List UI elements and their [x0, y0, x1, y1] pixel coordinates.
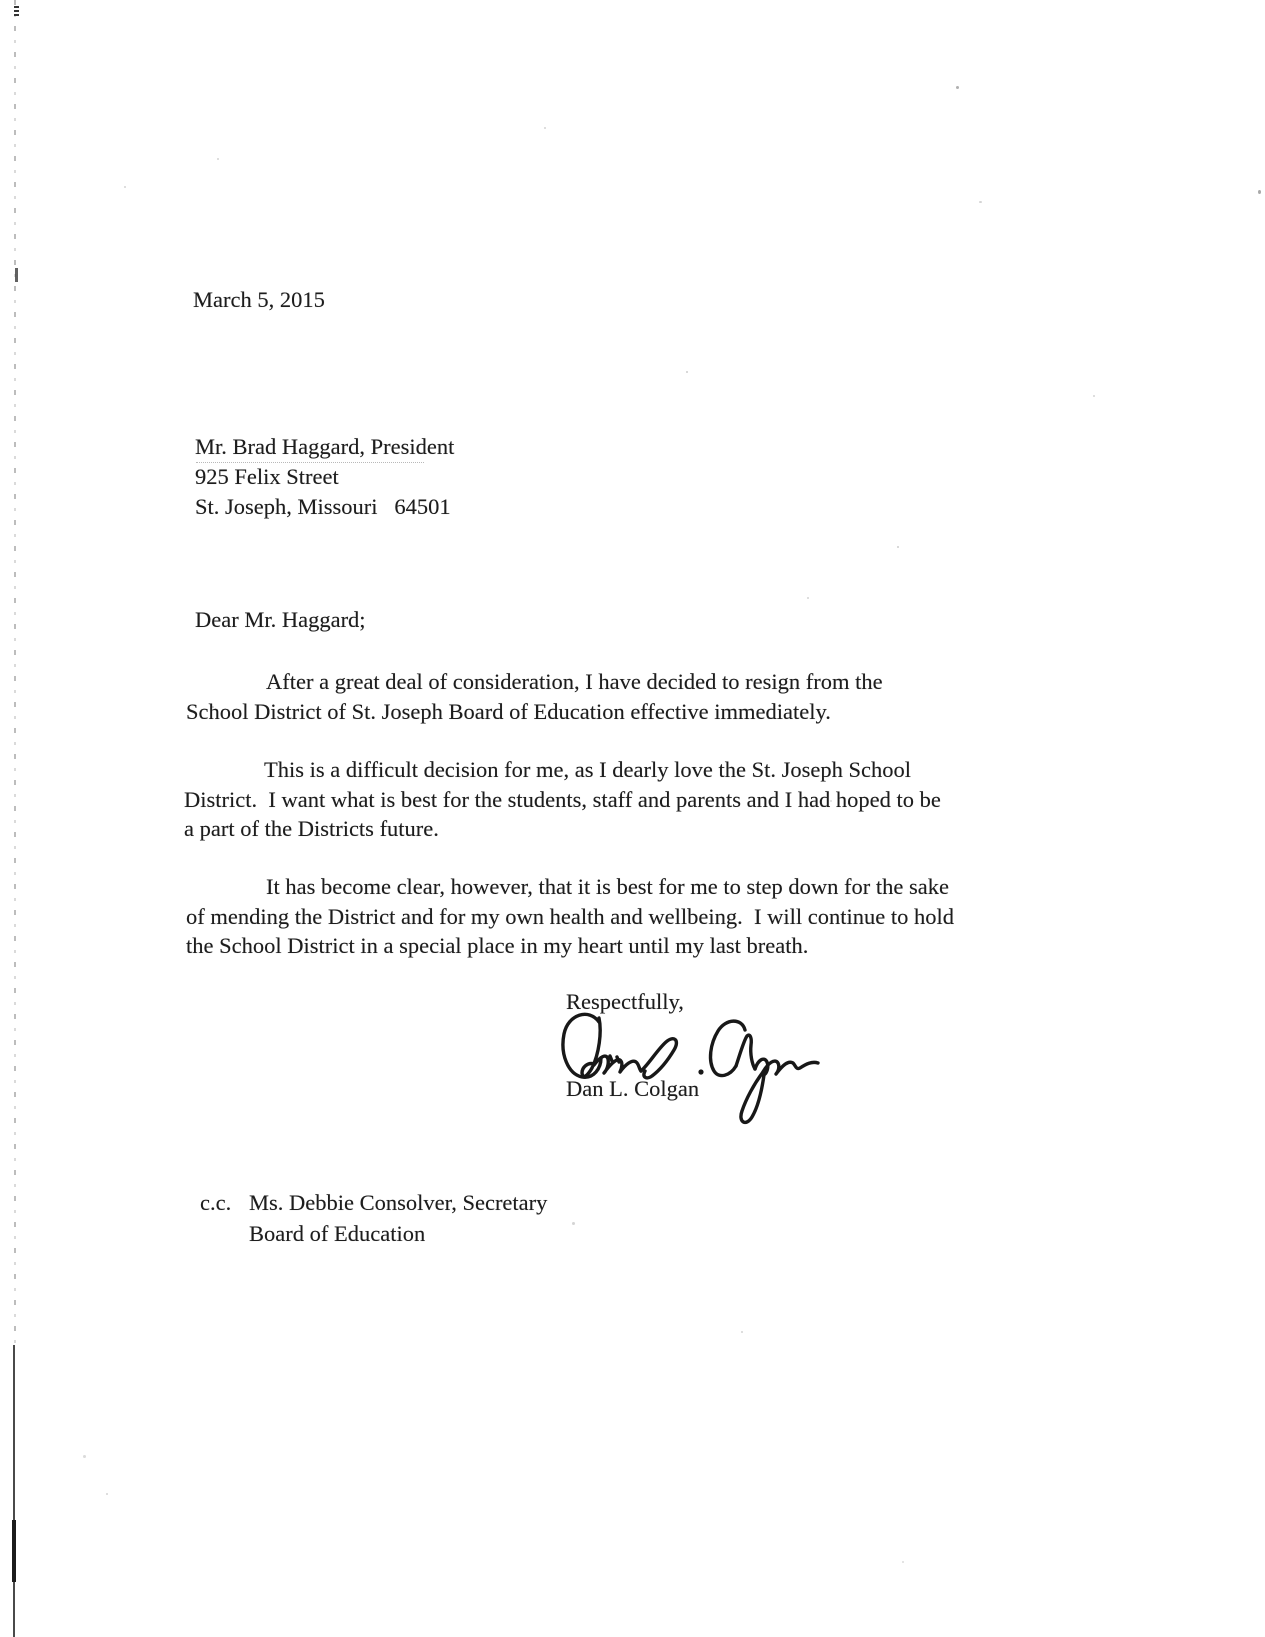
scan-speck	[572, 1222, 575, 1225]
signature-stroke	[763, 1061, 818, 1074]
body-paragraph-3: It has become clear, however, that it is…	[186, 872, 954, 961]
address-line: 925 Felix Street	[195, 462, 454, 492]
letter-page: March 5, 2015 Mr. Brad Haggard, Presiden…	[0, 0, 1265, 1637]
paragraph-line: After a great deal of consideration, I h…	[186, 667, 883, 697]
body-paragraph-1: After a great deal of consideration, I h…	[186, 667, 883, 726]
scan-speck	[124, 186, 126, 188]
signature-typed-name: Dan L. Colgan	[566, 1074, 699, 1104]
body-paragraph-2: This is a difficult decision for me, as …	[184, 755, 941, 844]
cc-line: Board of Education	[249, 1218, 547, 1249]
signature-stroke	[641, 1039, 676, 1078]
scan-speck	[1093, 395, 1095, 397]
scan-edge-mark	[15, 268, 18, 282]
paragraph-line: District. I want what is best for the st…	[184, 785, 941, 815]
scan-speck	[1258, 190, 1261, 194]
date-line: March 5, 2015	[193, 285, 325, 315]
recipient-address: Mr. Brad Haggard, President 925 Felix St…	[195, 432, 454, 522]
signature-stroke	[610, 1056, 612, 1061]
scan-speck	[807, 597, 809, 599]
paragraph-line: of mending the District and for my own h…	[186, 902, 954, 932]
paragraph-line: School District of St. Joseph Board of E…	[186, 697, 883, 727]
salutation: Dear Mr. Haggard;	[195, 605, 366, 635]
scan-speck	[106, 1493, 108, 1495]
scan-edge-line-dashed	[14, 0, 16, 1345]
scan-edge-line-solid	[13, 1345, 15, 1637]
address-line: St. Joseph, Missouri 64501	[195, 492, 454, 522]
scan-edge-mark	[14, 6, 19, 18]
scan-speck	[217, 158, 219, 160]
signature-stroke	[617, 1057, 619, 1062]
paragraph-line: This is a difficult decision for me, as …	[184, 755, 941, 785]
scan-speck	[902, 1561, 904, 1563]
signature-handwriting	[555, 1008, 825, 1133]
scan-edge-blob	[12, 1520, 16, 1582]
scan-speck	[897, 546, 899, 548]
scan-speck	[741, 1331, 743, 1333]
address-line: Mr. Brad Haggard, President	[195, 432, 454, 462]
signature-stroke	[711, 1021, 745, 1075]
paragraph-line: a part of the Districts future.	[184, 814, 941, 844]
scan-speck	[956, 86, 959, 89]
cc-label: c.c.	[200, 1187, 249, 1249]
paragraph-line: the School District in a special place i…	[186, 931, 954, 961]
cc-lines: Ms. Debbie Consolver, Secretary Board of…	[249, 1187, 547, 1249]
paragraph-line: It has become clear, however, that it is…	[186, 872, 954, 902]
signature-stroke	[736, 1035, 755, 1069]
signature-period-dot	[698, 1069, 703, 1074]
cc-section: c.c. Ms. Debbie Consolver, Secretary Boa…	[200, 1187, 547, 1249]
scan-speck	[83, 1455, 86, 1458]
cc-line: Ms. Debbie Consolver, Secretary	[249, 1187, 547, 1218]
scan-speck	[686, 371, 688, 373]
scan-speck	[544, 127, 546, 129]
scan-speck	[979, 201, 982, 203]
